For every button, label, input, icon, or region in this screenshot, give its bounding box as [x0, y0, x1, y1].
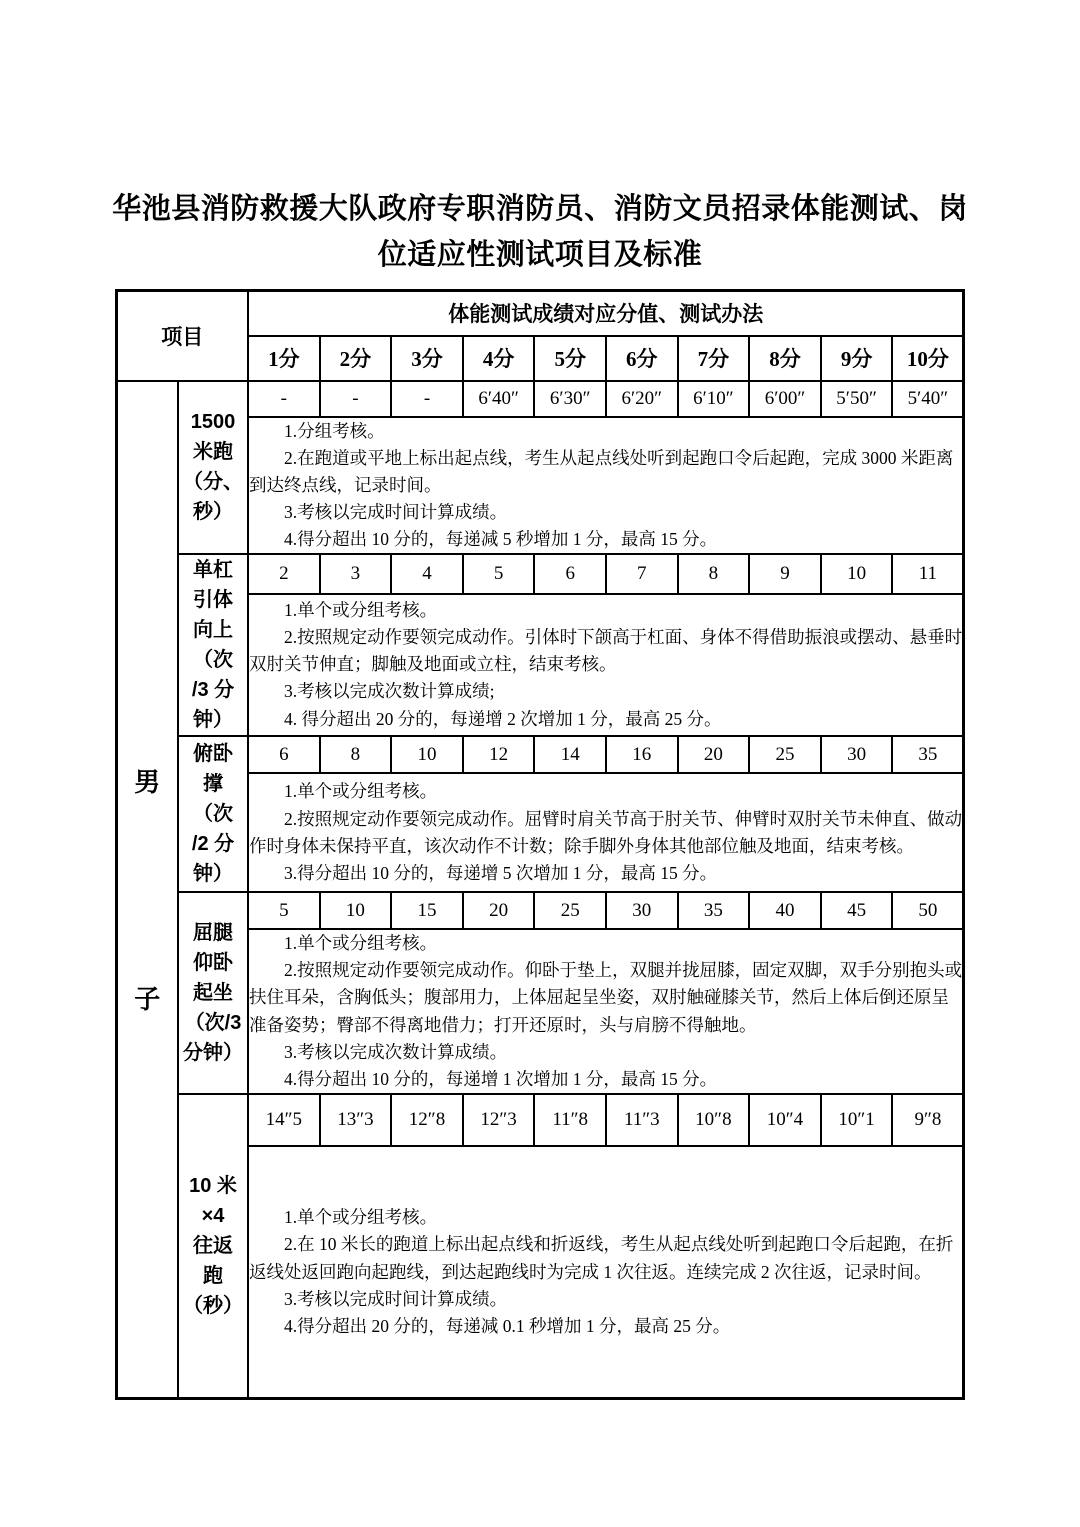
method-pull-up: 1.单个或分组考核。 2.按照规定动作要领完成动作。引体时下颌高于杠面、身体不得…	[248, 594, 964, 737]
value-cell: -	[391, 381, 463, 417]
value-cell: 35	[892, 736, 964, 773]
method-item: 3.考核以完成时间计算成绩。	[249, 499, 962, 526]
method-item: 1.单个或分组考核。	[249, 1204, 962, 1231]
gender-cell: 男 子	[116, 381, 178, 1399]
method-item: 1.单个或分组考核。	[249, 597, 962, 624]
value-cell: 13″3	[320, 1094, 392, 1146]
score-column-4: 4分	[463, 336, 535, 381]
event-name-shuttle-run: 10 米 ×4 往返 跑 （秒）	[178, 1094, 248, 1399]
header-project: 项目	[116, 291, 248, 381]
value-cell: 30	[821, 736, 893, 773]
value-cell: 15	[391, 892, 463, 929]
value-cell: 9″8	[892, 1094, 964, 1146]
method-sit-up: 1.单个或分组考核。 2.按照规定动作要领完成动作。仰卧于垫上，双腿并拢屈膝，固…	[248, 929, 964, 1094]
value-cell: 6′10″	[678, 381, 750, 417]
method-item: 3.考核以完成次数计算成绩;	[249, 678, 962, 705]
value-cell: 8	[678, 554, 750, 593]
value-cell: 5′50″	[821, 381, 893, 417]
score-column-2: 2分	[320, 336, 392, 381]
value-cell: 10	[320, 892, 392, 929]
value-cell: 12″8	[391, 1094, 463, 1146]
value-cell: 10″8	[678, 1094, 750, 1146]
value-cell: 11	[892, 554, 964, 593]
method-item: 1.单个或分组考核。	[249, 778, 962, 805]
value-cell: 25	[534, 892, 606, 929]
value-cell: 16	[606, 736, 678, 773]
value-cell: 5	[248, 892, 320, 929]
header-row-1: 项目 体能测试成绩对应分值、测试办法	[116, 291, 964, 336]
document-page: 华池县消防救援大队政府专职消防员、消防文员招录体能测试、岗 位适应性测试项目及标…	[0, 0, 1080, 1527]
value-cell: 25	[749, 736, 821, 773]
method-item: 2.在 10 米长的跑道上标出起点线和折返线，考生从起点线处听到起跑口令后起跑，…	[249, 1231, 962, 1285]
value-cell: 4	[391, 554, 463, 593]
method-item: 4.得分超出 10 分的，每递减 5 秒增加 1 分，最高 15 分。	[249, 526, 962, 553]
method-item: 1.单个或分组考核。	[249, 930, 962, 957]
event-pullup-values-row: 单杠 引体 向上 （次 /3 分 钟） 2 3 4 5 6 7 8 9 10 1…	[116, 554, 964, 593]
event-shuttle-values-row: 10 米 ×4 往返 跑 （秒） 14″5 13″3 12″8 12″3 11″…	[116, 1094, 964, 1146]
standards-table: 项目 体能测试成绩对应分值、测试办法 1分 2分 3分 4分 5分 6分 7分 …	[115, 289, 966, 1400]
event-pushup-values-row: 俯卧 撑 （次 /2 分 钟） 6 8 10 12 14 16 20 25 30…	[116, 736, 964, 773]
value-cell: 11″3	[606, 1094, 678, 1146]
document-title: 华池县消防救援大队政府专职消防员、消防文员招录体能测试、岗 位适应性测试项目及标…	[60, 186, 1020, 278]
score-column-5: 5分	[534, 336, 606, 381]
title-line-1: 华池县消防救援大队政府专职消防员、消防文员招录体能测试、岗	[60, 186, 1020, 232]
gender-char-bottom: 子	[134, 979, 160, 1016]
method-item: 2.按照规定动作要领完成动作。引体时下颌高于杠面、身体不得借助振浪或摆动、悬垂时…	[249, 624, 962, 678]
score-column-8: 8分	[749, 336, 821, 381]
value-cell: 10	[821, 554, 893, 593]
value-cell: 30	[606, 892, 678, 929]
method-item: 4. 得分超出 20 分的，每递增 2 次增加 1 分，最高 25 分。	[249, 706, 962, 733]
value-cell: 10	[391, 736, 463, 773]
value-cell: 10″1	[821, 1094, 893, 1146]
event-name-pull-up: 单杠 引体 向上 （次 /3 分 钟）	[178, 554, 248, 736]
value-cell: 50	[892, 892, 964, 929]
score-column-1: 1分	[248, 336, 320, 381]
value-cell: -	[248, 381, 320, 417]
value-cell: 14	[534, 736, 606, 773]
event-situp-values-row: 屈腿 仰卧 起坐 （次/3 分钟） 5 10 15 20 25 30 35 40…	[116, 892, 964, 929]
event-1500m-values-row: 男 子 1500 米跑 （分、 秒） - - - 6′40″ 6′30″ 6′2…	[116, 381, 964, 417]
method-item: 3.得分超出 10 分的，每递增 5 次增加 1 分，最高 15 分。	[249, 860, 962, 887]
method-item: 4.得分超出 10 分的，每递增 1 次增加 1 分，最高 15 分。	[249, 1066, 962, 1093]
event-name-push-up: 俯卧 撑 （次 /2 分 钟）	[178, 736, 248, 892]
method-shuttle-run: 1.单个或分组考核。 2.在 10 米长的跑道上标出起点线和折返线，考生从起点线…	[248, 1146, 964, 1399]
score-column-10: 10分	[892, 336, 964, 381]
value-cell: 8	[320, 736, 392, 773]
value-cell: 12	[463, 736, 535, 773]
score-column-3: 3分	[391, 336, 463, 381]
method-item: 3.考核以完成次数计算成绩。	[249, 1039, 962, 1066]
score-column-6: 6分	[606, 336, 678, 381]
value-cell: 14″5	[248, 1094, 320, 1146]
value-cell: 3	[320, 554, 392, 593]
gender-label: 男 子	[118, 762, 178, 1016]
value-cell: 7	[606, 554, 678, 593]
value-cell: 5	[463, 554, 535, 593]
method-1500m-run: 1.分组考核。 2.在跑道或平地上标出起点线，考生从起点线处听到起跑口令后起跑，…	[248, 417, 964, 555]
value-cell: 9	[749, 554, 821, 593]
method-item: 2.在跑道或平地上标出起点线，考生从起点线处听到起跑口令后起跑，完成 3000 …	[249, 445, 962, 499]
value-cell: -	[320, 381, 392, 417]
value-cell: 20	[678, 736, 750, 773]
value-cell: 6′40″	[463, 381, 535, 417]
value-cell: 6	[248, 736, 320, 773]
value-cell: 6′30″	[534, 381, 606, 417]
value-cell: 45	[821, 892, 893, 929]
event-name-sit-up: 屈腿 仰卧 起坐 （次/3 分钟）	[178, 892, 248, 1094]
gender-char-top: 男	[134, 762, 160, 799]
value-cell: 12″3	[463, 1094, 535, 1146]
value-cell: 40	[749, 892, 821, 929]
value-cell: 6′00″	[749, 381, 821, 417]
method-push-up: 1.单个或分组考核。 2.按照规定动作要领完成动作。屈臂时肩关节高于肘关节、伸臂…	[248, 773, 964, 892]
score-column-9: 9分	[821, 336, 893, 381]
value-cell: 6′20″	[606, 381, 678, 417]
method-item: 3.考核以完成时间计算成绩。	[249, 1286, 962, 1313]
value-cell: 10″4	[749, 1094, 821, 1146]
value-cell: 5′40″	[892, 381, 964, 417]
method-item: 4.得分超出 20 分的，每递减 0.1 秒增加 1 分，最高 25 分。	[249, 1313, 962, 1340]
value-cell: 6	[534, 554, 606, 593]
method-item: 1.分组考核。	[249, 418, 962, 445]
value-cell: 35	[678, 892, 750, 929]
score-column-7: 7分	[678, 336, 750, 381]
value-cell: 11″8	[534, 1094, 606, 1146]
value-cell: 2	[248, 554, 320, 593]
method-item: 2.按照规定动作要领完成动作。仰卧于垫上，双腿并拢屈膝，固定双脚，双手分别抱头或…	[249, 957, 962, 1038]
method-item: 2.按照规定动作要领完成动作。屈臂时肩关节高于肘关节、伸臂时双肘关节未伸直、做动…	[249, 806, 962, 860]
event-name-1500m-run: 1500 米跑 （分、 秒）	[178, 381, 248, 555]
value-cell: 20	[463, 892, 535, 929]
title-line-2: 位适应性测试项目及标准	[60, 232, 1020, 278]
header-scores-title: 体能测试成绩对应分值、测试办法	[248, 291, 964, 336]
